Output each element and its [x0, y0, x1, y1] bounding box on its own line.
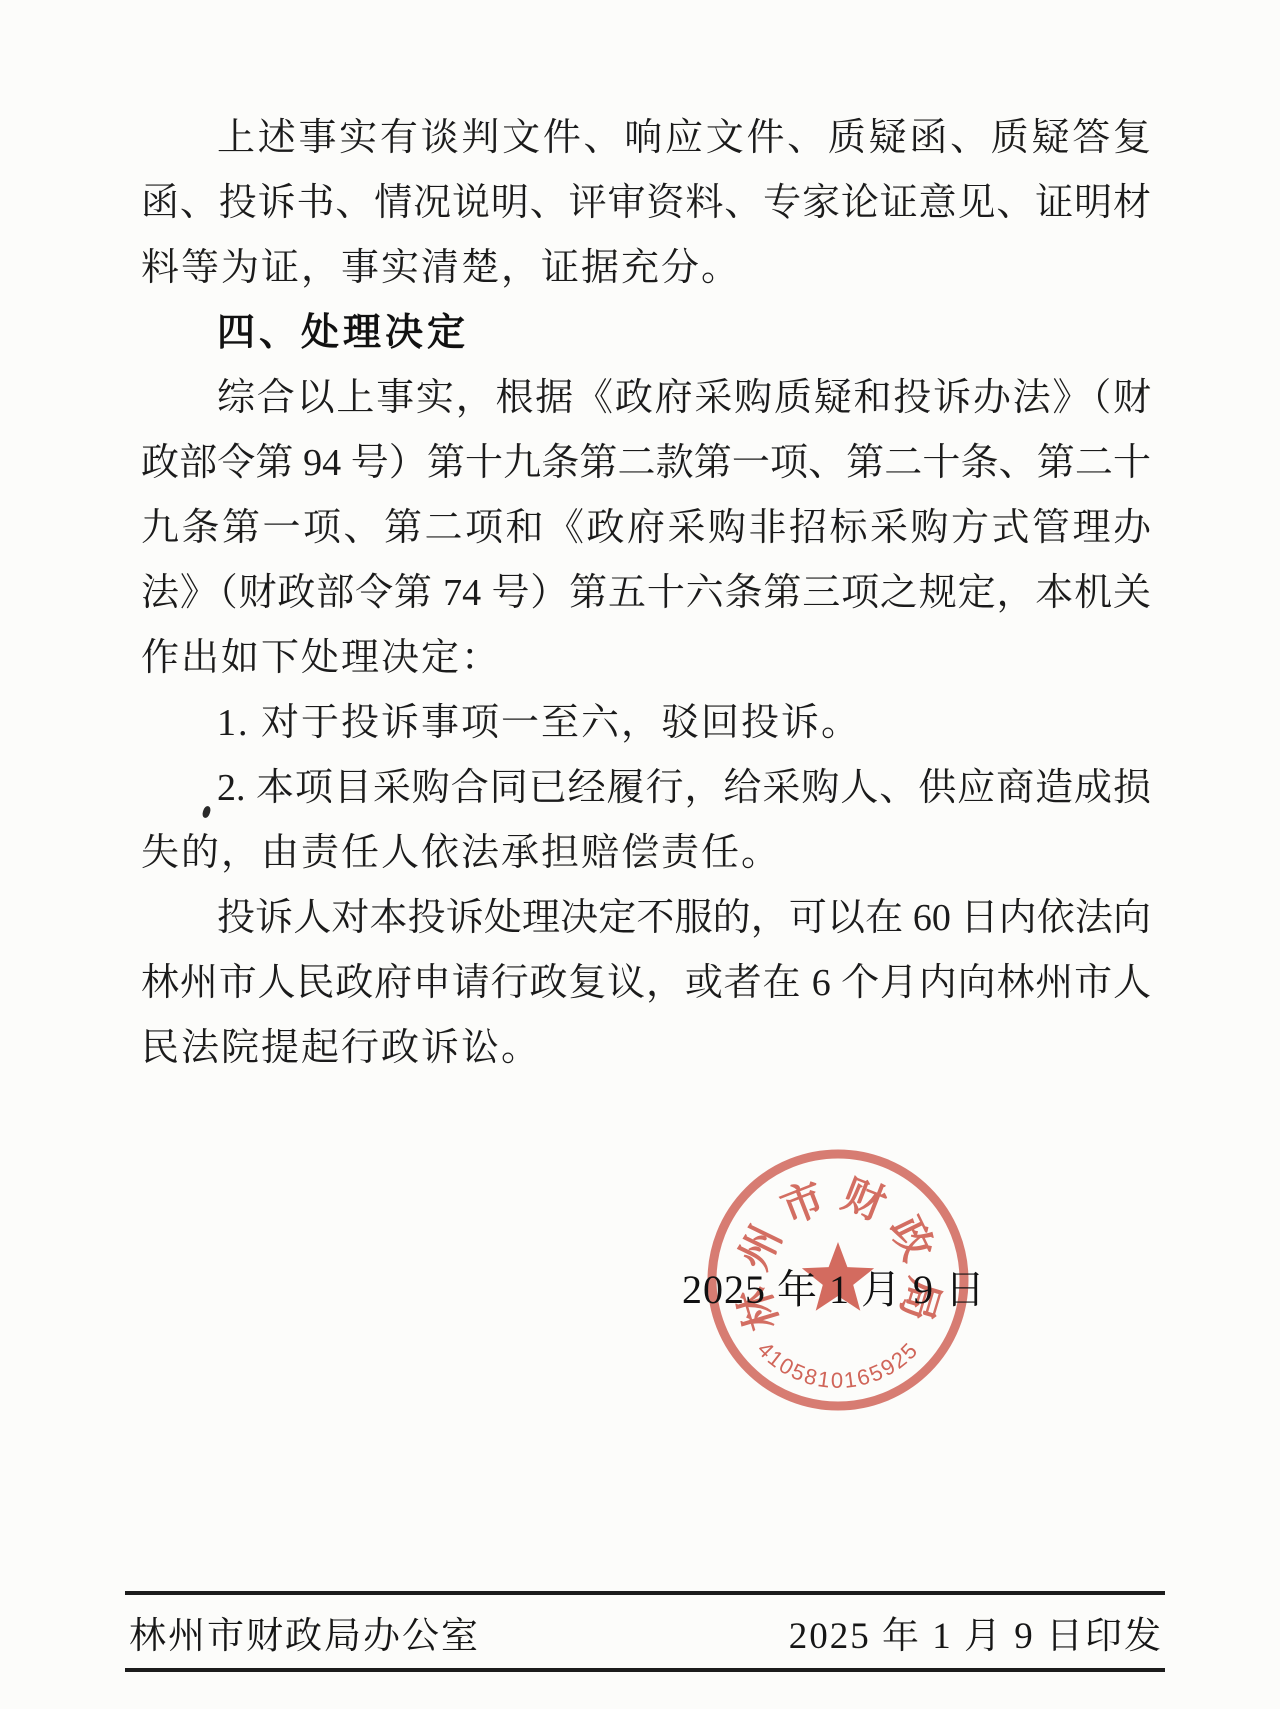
body-line: 民法院提起行政诉讼。 [141, 1016, 1151, 1081]
body-line: 综合以上事实，根据《政府采购质疑和投诉办法》（财 [141, 366, 1151, 431]
body-line: 作出如下处理决定： [141, 626, 1151, 691]
body-line: 2. 本项目采购合同已经履行，给采购人、供应商造成损 [141, 756, 1151, 821]
seal-code-text: 4105810165925 [753, 1337, 924, 1393]
body-line: 法》（财政部令第 74 号）第五十六条第三项之规定，本机关 [141, 561, 1151, 626]
body-line: 上述事实有谈判文件、响应文件、质疑函、质疑答复 [141, 106, 1151, 171]
body-line: 林州市人民政府申请行政复议，或者在 6 个月内向林州市人 [141, 951, 1151, 1016]
footer-print-date: 2025 年 1 月 9 日印发 [789, 1605, 1163, 1659]
body-line: 投诉人对本投诉处理决定不服的，可以在 60 日内依法向 [141, 886, 1151, 951]
body-line: 九条第一项、第二项和《政府采购非招标采购方式管理办 [141, 496, 1151, 561]
footer-top-rule [125, 1591, 1165, 1595]
body-line: 函、投诉书、情况说明、评审资料、专家论证意见、证明材 [141, 171, 1151, 236]
footer: 林州市财政局办公室 2025 年 1 月 9 日印发 [129, 1604, 1163, 1660]
footer-bottom-rule [125, 1668, 1165, 1672]
issue-date: 2025 年 1 月 9 日 [682, 1258, 986, 1315]
document-body: 上述事实有谈判文件、响应文件、质疑函、质疑答复函、投诉书、情况说明、评审资料、专… [141, 106, 1151, 1081]
body-line: 失的，由责任人依法承担赔偿责任。 [141, 821, 1151, 886]
document-page: 上述事实有谈判文件、响应文件、质疑函、质疑答复函、投诉书、情况说明、评审资料、专… [0, 0, 1280, 1709]
body-line: 1. 对于投诉事项一至六，驳回投诉。 [141, 691, 1151, 756]
section-heading: 四、处理决定 [141, 301, 1151, 366]
body-line: 料等为证，事实清楚，证据充分。 [141, 236, 1151, 301]
svg-text:4105810165925: 4105810165925 [753, 1337, 924, 1393]
footer-office: 林州市财政局办公室 [129, 1605, 480, 1659]
body-line: 政部令第 94 号）第十九条第二款第一项、第二十条、第二十 [141, 431, 1151, 496]
